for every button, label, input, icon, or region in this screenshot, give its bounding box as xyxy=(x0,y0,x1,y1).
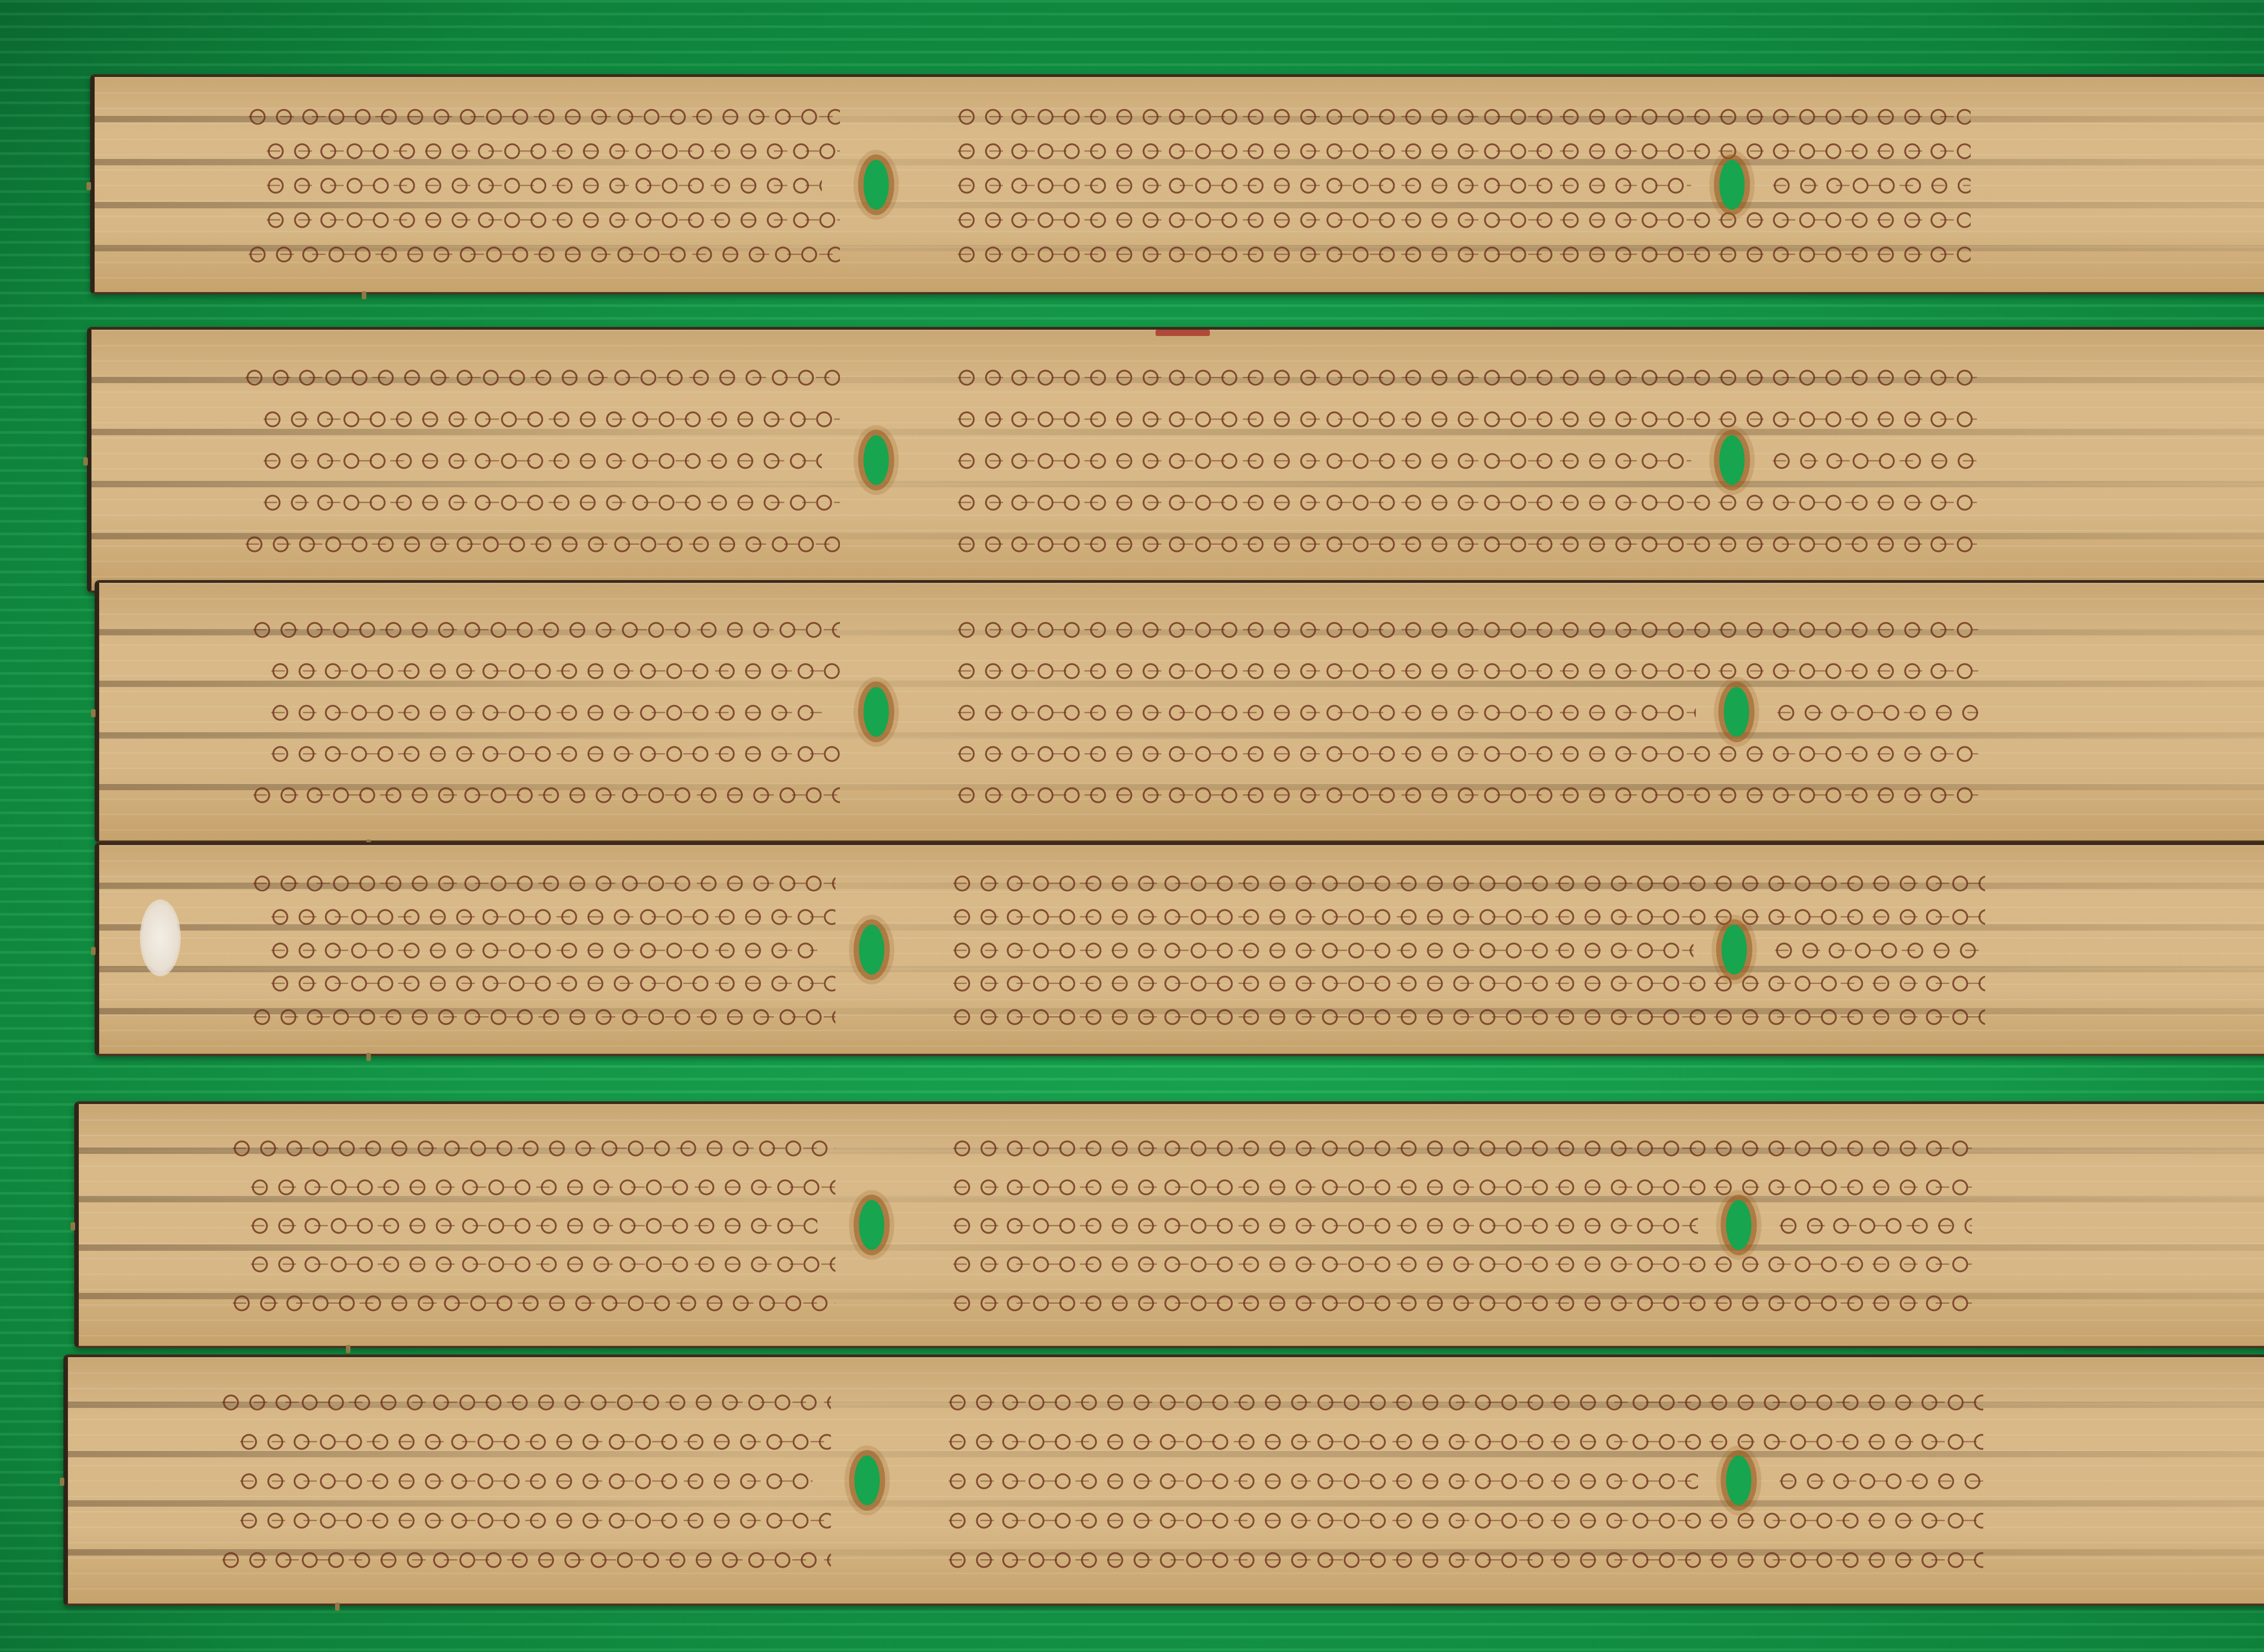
script-text-line xyxy=(271,903,835,929)
script-text-line xyxy=(958,658,1978,683)
palm-leaf-5 xyxy=(74,1101,2264,1348)
pin xyxy=(335,1603,340,1611)
script-text-line xyxy=(958,241,1971,266)
script-text-line xyxy=(249,241,840,266)
script-text-line xyxy=(251,1174,835,1199)
script-text-line xyxy=(953,937,1693,962)
script-text-line xyxy=(1780,1212,1972,1238)
script-text-line xyxy=(233,1290,835,1315)
leaf-stain xyxy=(68,1500,2264,1507)
script-text-line xyxy=(267,172,822,197)
string-hole xyxy=(863,687,889,737)
palm-leaf-6 xyxy=(63,1354,2264,1606)
script-text-line xyxy=(958,782,1978,807)
script-text-line xyxy=(264,447,822,473)
script-text-line xyxy=(958,447,1691,473)
script-text-line xyxy=(222,1389,831,1414)
script-text-line xyxy=(953,1290,1972,1315)
script-text-line xyxy=(958,740,1978,766)
script-text-line xyxy=(958,206,1971,232)
script-text-line xyxy=(271,658,840,683)
script-text-line xyxy=(958,364,1977,389)
string-hole xyxy=(1719,160,1745,210)
script-text-line xyxy=(958,616,1978,642)
string-hole xyxy=(1726,1200,1751,1250)
script-text-line xyxy=(264,406,840,431)
script-text-line xyxy=(949,1389,1983,1414)
script-text-line xyxy=(249,103,840,129)
script-text-line xyxy=(267,206,840,232)
script-text-line xyxy=(949,1428,1983,1454)
script-text-line xyxy=(1773,447,1977,473)
script-text-line xyxy=(253,782,840,807)
script-text-line xyxy=(953,970,1985,995)
pin xyxy=(366,1053,371,1061)
palm-leaf-3 xyxy=(95,580,2264,843)
script-text-line xyxy=(953,1212,1698,1238)
script-text-line xyxy=(253,616,840,642)
script-text-line xyxy=(958,172,1691,197)
script-text-line xyxy=(271,699,822,725)
script-text-line xyxy=(240,1507,831,1532)
script-text-line xyxy=(953,1004,1985,1029)
script-text-line xyxy=(953,1251,1972,1276)
script-text-line xyxy=(233,1135,835,1160)
pin xyxy=(91,947,96,955)
script-text-line xyxy=(958,489,1977,514)
pin xyxy=(346,1345,350,1353)
script-text-line xyxy=(958,138,1971,163)
string-hole xyxy=(859,925,884,975)
script-text-line xyxy=(264,489,840,514)
leaf-stain xyxy=(99,732,2264,739)
script-text-line xyxy=(245,531,840,556)
script-text-line xyxy=(949,1546,1983,1572)
script-text-line xyxy=(245,364,840,389)
palm-leaf-4 xyxy=(95,842,2264,1056)
string-hole xyxy=(1726,1455,1751,1505)
palm-leaf-1 xyxy=(90,74,2264,294)
script-text-line xyxy=(251,1251,835,1276)
script-text-line xyxy=(253,1004,835,1029)
pin xyxy=(91,709,96,717)
script-text-line xyxy=(953,903,1985,929)
script-text-line xyxy=(1775,937,1985,962)
string-hole xyxy=(1724,687,1749,737)
script-text-line xyxy=(958,531,1977,556)
script-text-line xyxy=(958,699,1696,725)
string-hole xyxy=(863,435,889,485)
script-text-line xyxy=(222,1546,831,1572)
script-text-line xyxy=(271,937,817,962)
script-text-line xyxy=(271,970,835,995)
script-text-line xyxy=(958,103,1971,129)
string-hole xyxy=(859,1200,884,1250)
palm-leaf-2 xyxy=(87,327,2264,593)
script-text-line xyxy=(251,1212,817,1238)
script-text-line xyxy=(1777,699,1978,725)
script-text-line xyxy=(240,1468,813,1493)
pin xyxy=(83,457,88,466)
script-text-line xyxy=(958,406,1977,431)
script-text-line xyxy=(1773,172,1971,197)
string-hole xyxy=(1722,925,1747,975)
white-spot xyxy=(140,899,181,976)
script-text-line xyxy=(267,138,840,163)
string-hole xyxy=(863,160,889,210)
script-text-line xyxy=(953,1135,1972,1160)
string-hole xyxy=(854,1455,880,1505)
script-text-line xyxy=(1780,1468,1983,1493)
script-text-line xyxy=(949,1468,1698,1493)
leaf-stain xyxy=(79,1244,2264,1251)
pin xyxy=(362,291,366,299)
script-text-line xyxy=(953,870,1985,895)
script-text-line xyxy=(253,870,835,895)
string-hole xyxy=(1719,435,1745,485)
red-mark xyxy=(1156,330,1210,336)
leaf-stain xyxy=(91,481,2264,487)
script-text-line xyxy=(953,1174,1972,1199)
script-text-line xyxy=(240,1428,831,1454)
pin xyxy=(71,1222,75,1230)
pin xyxy=(86,182,91,190)
pin xyxy=(60,1478,64,1486)
script-text-line xyxy=(271,740,840,766)
script-text-line xyxy=(949,1507,1983,1532)
